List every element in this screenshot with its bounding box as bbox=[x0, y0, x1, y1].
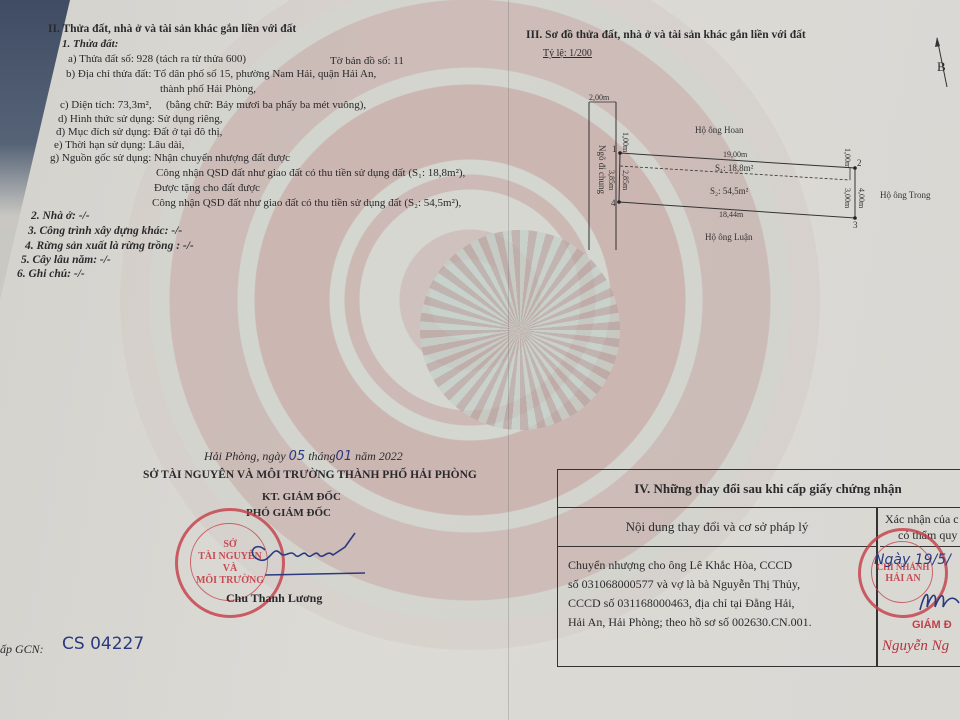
parcel-number: a) Thửa đất số: 928 (tách ra từ thửa 600… bbox=[68, 53, 246, 66]
gcn-label: ấp GCN: bbox=[0, 643, 44, 656]
section3-title: III. Sơ đồ thửa đất, nhà ở và tài sản kh… bbox=[526, 29, 806, 42]
bottom-edge-label: 18,44m bbox=[719, 210, 743, 219]
confirm-signature-icon bbox=[915, 585, 960, 615]
item-house: 2. Nhà ở: -/- bbox=[31, 210, 90, 223]
usage-origin-line1: Công nhận QSD đất như giao đất có thu ti… bbox=[156, 167, 465, 180]
road-width-label: 2,00m bbox=[589, 93, 609, 102]
item-perennial-trees: 5. Cây lâu năm: -/- bbox=[21, 254, 111, 267]
right-mid-label: 3,00m bbox=[843, 188, 852, 208]
usage-origin-line3: Công nhận QSD đất như giao đất có thu ti… bbox=[152, 197, 461, 210]
confirm-role: GIÁM Đ bbox=[912, 619, 952, 632]
date-day: 05 bbox=[289, 449, 306, 464]
issuing-org: SỞ TÀI NGUYÊN VÀ MÔI TRƯỜNG THÀNH PHỐ HẢ… bbox=[143, 469, 477, 482]
parcel-area: c) Diện tích: 73,3m², bbox=[60, 99, 152, 112]
change-line-1: Chuyển nhượng cho ông Lê Khắc Hòa, CCCD bbox=[568, 556, 812, 575]
usage-form: d) Hình thức sử dụng: Sử dụng riêng, bbox=[58, 113, 223, 126]
month-label: tháng bbox=[308, 449, 335, 463]
south-neighbor-label: Hộ ông Luận bbox=[705, 232, 753, 242]
signer-role-1: KT. GIÁM ĐỐC bbox=[262, 491, 341, 504]
area-s2-label: S₂: 54,5m² bbox=[710, 186, 748, 196]
change-line-4: Hải An, Hải Phòng; theo hồ sơ số 002630.… bbox=[568, 613, 812, 632]
confirm-date-handwritten: Ngày 19/5/ bbox=[874, 554, 951, 567]
confirm-header-line-1: Xác nhận của c bbox=[885, 512, 959, 527]
section2-title: II. Thửa đất, nhà ở và tài sản khác gắn … bbox=[48, 23, 296, 36]
gcn-number: CS 04227 bbox=[62, 638, 144, 651]
point-4-label: 4 bbox=[611, 198, 616, 208]
usage-origin: g) Nguồn gốc sử dụng: Nhận chuyển nhượng… bbox=[50, 152, 290, 165]
point-2-label: 2 bbox=[857, 158, 862, 168]
parcel-diagram: 2,00m Ngõ đi chung Hộ ông Hoan Hộ ông Tr… bbox=[585, 90, 885, 250]
map-sheet-number: Tờ bản đồ số: 11 bbox=[330, 55, 404, 68]
usage-purpose: đ) Mục đích sử dụng: Đất ở tại đô thị, bbox=[56, 126, 222, 139]
drum-star-watermark bbox=[420, 230, 620, 430]
item-notes: 6. Ghi chú: -/- bbox=[17, 268, 85, 281]
point-1-label: 1 bbox=[612, 144, 617, 154]
changes-col-content-header: Nội dung thay đổi và cơ sở pháp lý bbox=[558, 508, 876, 547]
right-top-label: 1,00m bbox=[843, 148, 852, 168]
date-month: 01 bbox=[336, 449, 353, 464]
confirm-signer-name: Nguyễn Ng bbox=[882, 640, 949, 653]
left-top-label: 1,00m bbox=[621, 132, 630, 152]
parcel-address: b) Địa chỉ thửa đất: Tổ dân phố số 15, p… bbox=[66, 68, 376, 81]
signing-date: Hải Phòng, ngày 05 tháng01 năm 2022 bbox=[204, 450, 403, 463]
date-prefix: Hải Phòng, ngày bbox=[204, 449, 286, 463]
usage-term: e) Thời hạn sử dụng: Lâu dài, bbox=[54, 139, 184, 152]
page-fold-line bbox=[508, 0, 509, 720]
changes-table-title: IV. Những thay đổi sau khi cấp giấy chứn… bbox=[558, 470, 960, 508]
point-3-label: 3 bbox=[853, 220, 858, 230]
right-side-label: 4,00m bbox=[857, 188, 866, 208]
scale-label: Tỷ lệ: 1/200 bbox=[543, 47, 592, 60]
signature-icon bbox=[225, 525, 375, 580]
east-neighbor-label: Hộ ông Trong bbox=[880, 190, 931, 200]
item-planted-forest: 4. Rừng sản xuất là rừng trồng : -/- bbox=[25, 240, 194, 253]
north-neighbor-label: Hộ ông Hoan bbox=[695, 125, 744, 135]
north-label: B bbox=[937, 60, 946, 73]
parcel-address-city: thành phố Hải Phòng, bbox=[160, 83, 256, 96]
year-label: năm 2022 bbox=[355, 449, 403, 463]
item-other-construction: 3. Công trình xây dựng khác: -/- bbox=[28, 225, 182, 238]
left-inner-label: 2,85m bbox=[621, 170, 630, 190]
usage-origin-line2: Được tặng cho đất được bbox=[154, 182, 260, 195]
section2-sub1: 1. Thửa đất: bbox=[62, 38, 118, 51]
change-content: Chuyển nhượng cho ông Lê Khắc Hòa, CCCD … bbox=[568, 556, 812, 632]
change-line-3: CCCD số 031168000463, địa chỉ tại Đằng H… bbox=[568, 594, 812, 613]
left-outer-label: 3,85m bbox=[607, 170, 616, 190]
top-edge-label: 19,00m bbox=[723, 150, 747, 159]
area-s1-label: S₁: 18,8m² bbox=[715, 163, 753, 173]
parcel-area-words: (bằng chữ: Bảy mươi ba phẩy ba mét vuông… bbox=[166, 99, 366, 112]
change-line-2: số 031068000577 và vợ là bà Nguyễn Thị T… bbox=[568, 575, 812, 594]
road-label: Ngõ đi chung bbox=[597, 145, 607, 194]
signer-name: Chu Thanh Lương bbox=[226, 592, 322, 605]
